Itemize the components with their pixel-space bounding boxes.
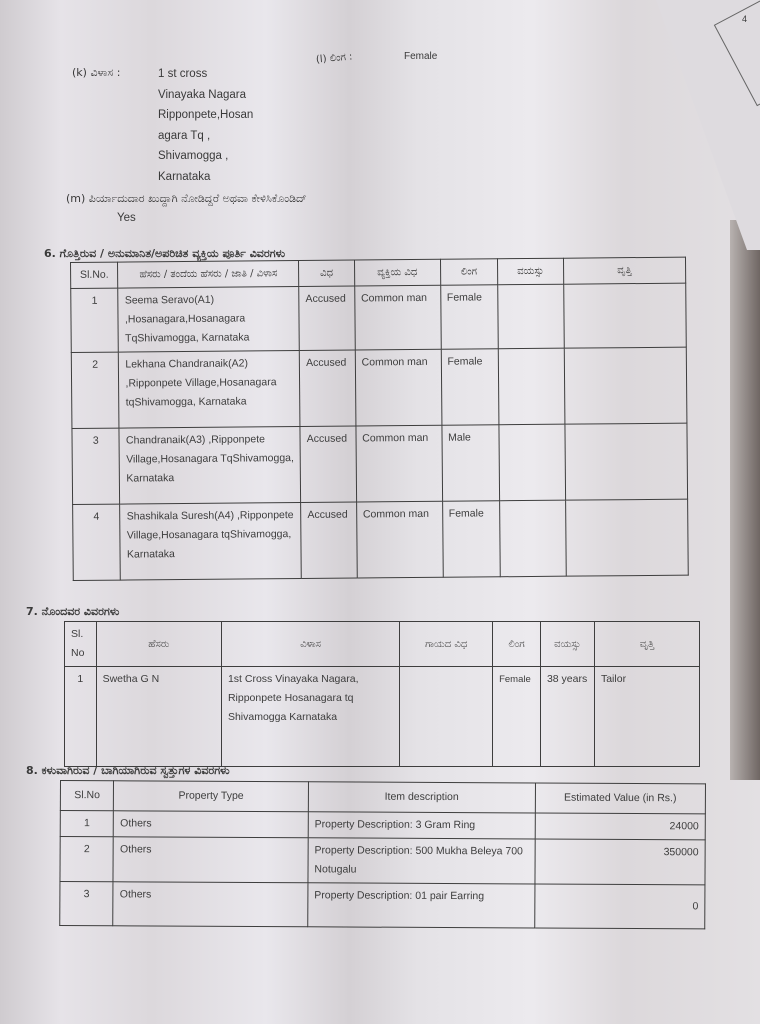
table-header-row: Sl. No ಹೆಸರು ವಿಳಾಸ ಗಾಯದ ವಿಧ ಲಿಂಗ ವಯಸ್ಸು … bbox=[65, 622, 700, 667]
table-row: 3 Chandranaik(A3) ,Ripponpete Village,Ho… bbox=[72, 423, 688, 504]
cell-description: Property Description: 500 Mukha Beleya 7… bbox=[308, 838, 535, 884]
address-line: agara Tq , bbox=[158, 126, 253, 147]
table-row: 4 Shashikala Suresh(A4) ,Ripponpete Vill… bbox=[73, 499, 689, 580]
col-header: ವಯಸ್ಸು bbox=[540, 622, 594, 667]
section8-title: 8. ಕಳುವಾಗಿರುವ / ಬಾಗಿಯಾಗಿರುವ ಸ್ವತ್ತುಗಳ ವಿ… bbox=[26, 764, 230, 778]
table-row: 1 Others Property Description: 3 Gram Ri… bbox=[60, 811, 705, 840]
gender-label: (l) ಲಿಂಗ : bbox=[316, 51, 353, 65]
table-row: 2 Others Property Description: 500 Mukha… bbox=[60, 837, 705, 885]
col-header: Sl.No. bbox=[71, 262, 119, 288]
cell-property-type: Others bbox=[114, 811, 309, 838]
cell-sl: 1 bbox=[60, 811, 114, 837]
col-header: ಹೆಸರು bbox=[96, 622, 221, 667]
cell-sl: 3 bbox=[72, 428, 120, 504]
col-header: ಹೆಸರು / ತಂದೆಯ ಹೆಸರು / ಜಾತಿ / ವಿಳಾಸ bbox=[118, 261, 299, 289]
cell-value: 24000 bbox=[535, 813, 705, 840]
address-line: Vinayaka Nagara bbox=[158, 85, 253, 106]
table-row: 1 Swetha G N 1st Cross Vinayaka Nagara, … bbox=[65, 667, 700, 767]
col-header: Item description bbox=[308, 782, 535, 813]
cell-injury-type bbox=[400, 667, 493, 767]
address-label: (k) ವಿಳಾಸ : bbox=[72, 66, 120, 80]
cell-occupation: Tailor bbox=[594, 667, 699, 767]
col-header: ವಯಸ್ಸು bbox=[498, 258, 564, 285]
cell-sl: 1 bbox=[71, 288, 119, 352]
document-page: (k) ವಿಳಾಸ : 1 st cross Vinayaka Nagara R… bbox=[0, 0, 740, 1024]
cell-property-type: Others bbox=[113, 882, 308, 927]
victim-table: Sl. No ಹೆಸರು ವಿಳಾಸ ಗಾಯದ ವಿಧ ಲಿಂಗ ವಯಸ್ಸು … bbox=[64, 621, 700, 767]
accused-table: Sl.No. ಹೆಸರು / ತಂದೆಯ ಹೆಸರು / ಜಾತಿ / ವಿಳಾ… bbox=[70, 257, 689, 581]
address-line: Ripponpete,Hosan bbox=[158, 105, 253, 126]
cell-age bbox=[499, 424, 565, 501]
cell-type: Accused bbox=[299, 286, 355, 350]
cell-age bbox=[498, 348, 564, 425]
cell-name-address: Lekhana Chandranaik(A2) ,Ripponpete Vill… bbox=[119, 351, 300, 429]
cell-occupation bbox=[564, 347, 687, 424]
cell-name: Swetha G N bbox=[96, 667, 221, 767]
cell-occupation bbox=[563, 283, 686, 348]
col-header: ವೃತ್ತಿ bbox=[594, 622, 699, 667]
cell-sl: 2 bbox=[60, 837, 114, 882]
gender-value: Female bbox=[404, 51, 437, 62]
cell-property-type: Others bbox=[113, 837, 308, 883]
cell-sl: 1 bbox=[65, 667, 97, 767]
complainant-address: 1 st cross Vinayaka Nagara Ripponpete,Ho… bbox=[158, 64, 253, 187]
cell-name-address: Seema Seravo(A1) ,Hosanagara,Hosanagara … bbox=[118, 287, 299, 353]
cell-address: 1st Cross Vinayaka Nagara, Ripponpete Ho… bbox=[221, 667, 399, 767]
property-table: Sl.No Property Type Item description Est… bbox=[59, 780, 706, 929]
cell-age: 38 years bbox=[540, 667, 594, 767]
address-line: 1 st cross bbox=[158, 64, 253, 85]
section6-title: 6. ಗೊತ್ತಿರುವ / ಅನುಮಾನಿತ/ಅಪರಿಚಿತ ವ್ಯಕ್ತಿಯ… bbox=[44, 247, 285, 261]
col-header: Estimated Value (in Rs.) bbox=[535, 783, 705, 814]
cell-value: 350000 bbox=[535, 839, 706, 885]
cell-description: Property Description: 3 Gram Ring bbox=[308, 812, 535, 839]
background-page-number: 4 bbox=[742, 14, 747, 24]
cell-occupation bbox=[565, 423, 688, 500]
cell-gender: Female bbox=[493, 667, 541, 767]
col-header: Sl.No bbox=[60, 781, 114, 811]
section7-title: 7. ನೊಂದವರ ವಿವರಗಳು bbox=[26, 605, 119, 619]
cell-person-type: Common man bbox=[354, 285, 440, 350]
cell-person-type: Common man bbox=[356, 501, 442, 578]
col-header: Property Type bbox=[114, 781, 309, 812]
table-row: 3 Others Property Description: 01 pair E… bbox=[60, 882, 705, 929]
cell-name-address: Chandranaik(A3) ,Ripponpete Village,Hosa… bbox=[119, 426, 300, 504]
cell-value: 0 bbox=[534, 884, 705, 929]
cell-person-type: Common man bbox=[356, 425, 442, 502]
cell-name-address: Shashikala Suresh(A4) ,Ripponpete Villag… bbox=[120, 502, 301, 580]
cell-sl: 4 bbox=[73, 504, 121, 580]
cell-sl: 3 bbox=[60, 882, 114, 926]
cell-person-type: Common man bbox=[355, 349, 441, 426]
col-header: ವಿಳಾಸ bbox=[221, 622, 399, 667]
witnessed-label: (m) ಪಿರ್ಯಾದುದಾರ ಖುದ್ದಾಗಿ ನೋಡಿದ್ದರೆ ಅಥವಾ … bbox=[66, 192, 307, 206]
cell-type: Accused bbox=[300, 426, 356, 502]
col-header: ವಿಧ bbox=[299, 260, 355, 286]
cell-age bbox=[498, 284, 564, 349]
col-header: ಗಾಯದ ವಿಧ bbox=[400, 622, 493, 667]
col-header: Sl. No bbox=[65, 622, 97, 667]
table-row: 1 Seema Seravo(A1) ,Hosanagara,Hosanagar… bbox=[71, 283, 687, 352]
address-line: Shivamogga , bbox=[158, 146, 253, 167]
cell-type: Accused bbox=[299, 350, 355, 426]
col-header: ಲಿಂಗ bbox=[440, 259, 498, 286]
cell-sl: 2 bbox=[71, 352, 119, 428]
cell-description: Property Description: 01 pair Earring bbox=[308, 883, 535, 928]
cell-gender: Female bbox=[440, 285, 498, 349]
cell-gender: Female bbox=[442, 501, 500, 577]
address-line: Karnataka bbox=[158, 167, 253, 188]
table-header-row: Sl.No Property Type Item description Est… bbox=[60, 781, 705, 814]
cell-type: Accused bbox=[301, 502, 357, 578]
col-header: ವೃತ್ತಿ bbox=[563, 257, 685, 284]
cell-gender: Female bbox=[441, 349, 499, 425]
cell-gender: Male bbox=[442, 425, 500, 501]
col-header: ಲಿಂಗ bbox=[493, 622, 541, 667]
witnessed-value: Yes bbox=[117, 212, 136, 224]
table-row: 2 Lekhana Chandranaik(A2) ,Ripponpete Vi… bbox=[71, 347, 687, 428]
cell-occupation bbox=[565, 499, 688, 576]
cell-age bbox=[500, 500, 566, 577]
col-header: ವ್ಯಕ್ತಿಯ ವಿಧ bbox=[354, 259, 440, 286]
